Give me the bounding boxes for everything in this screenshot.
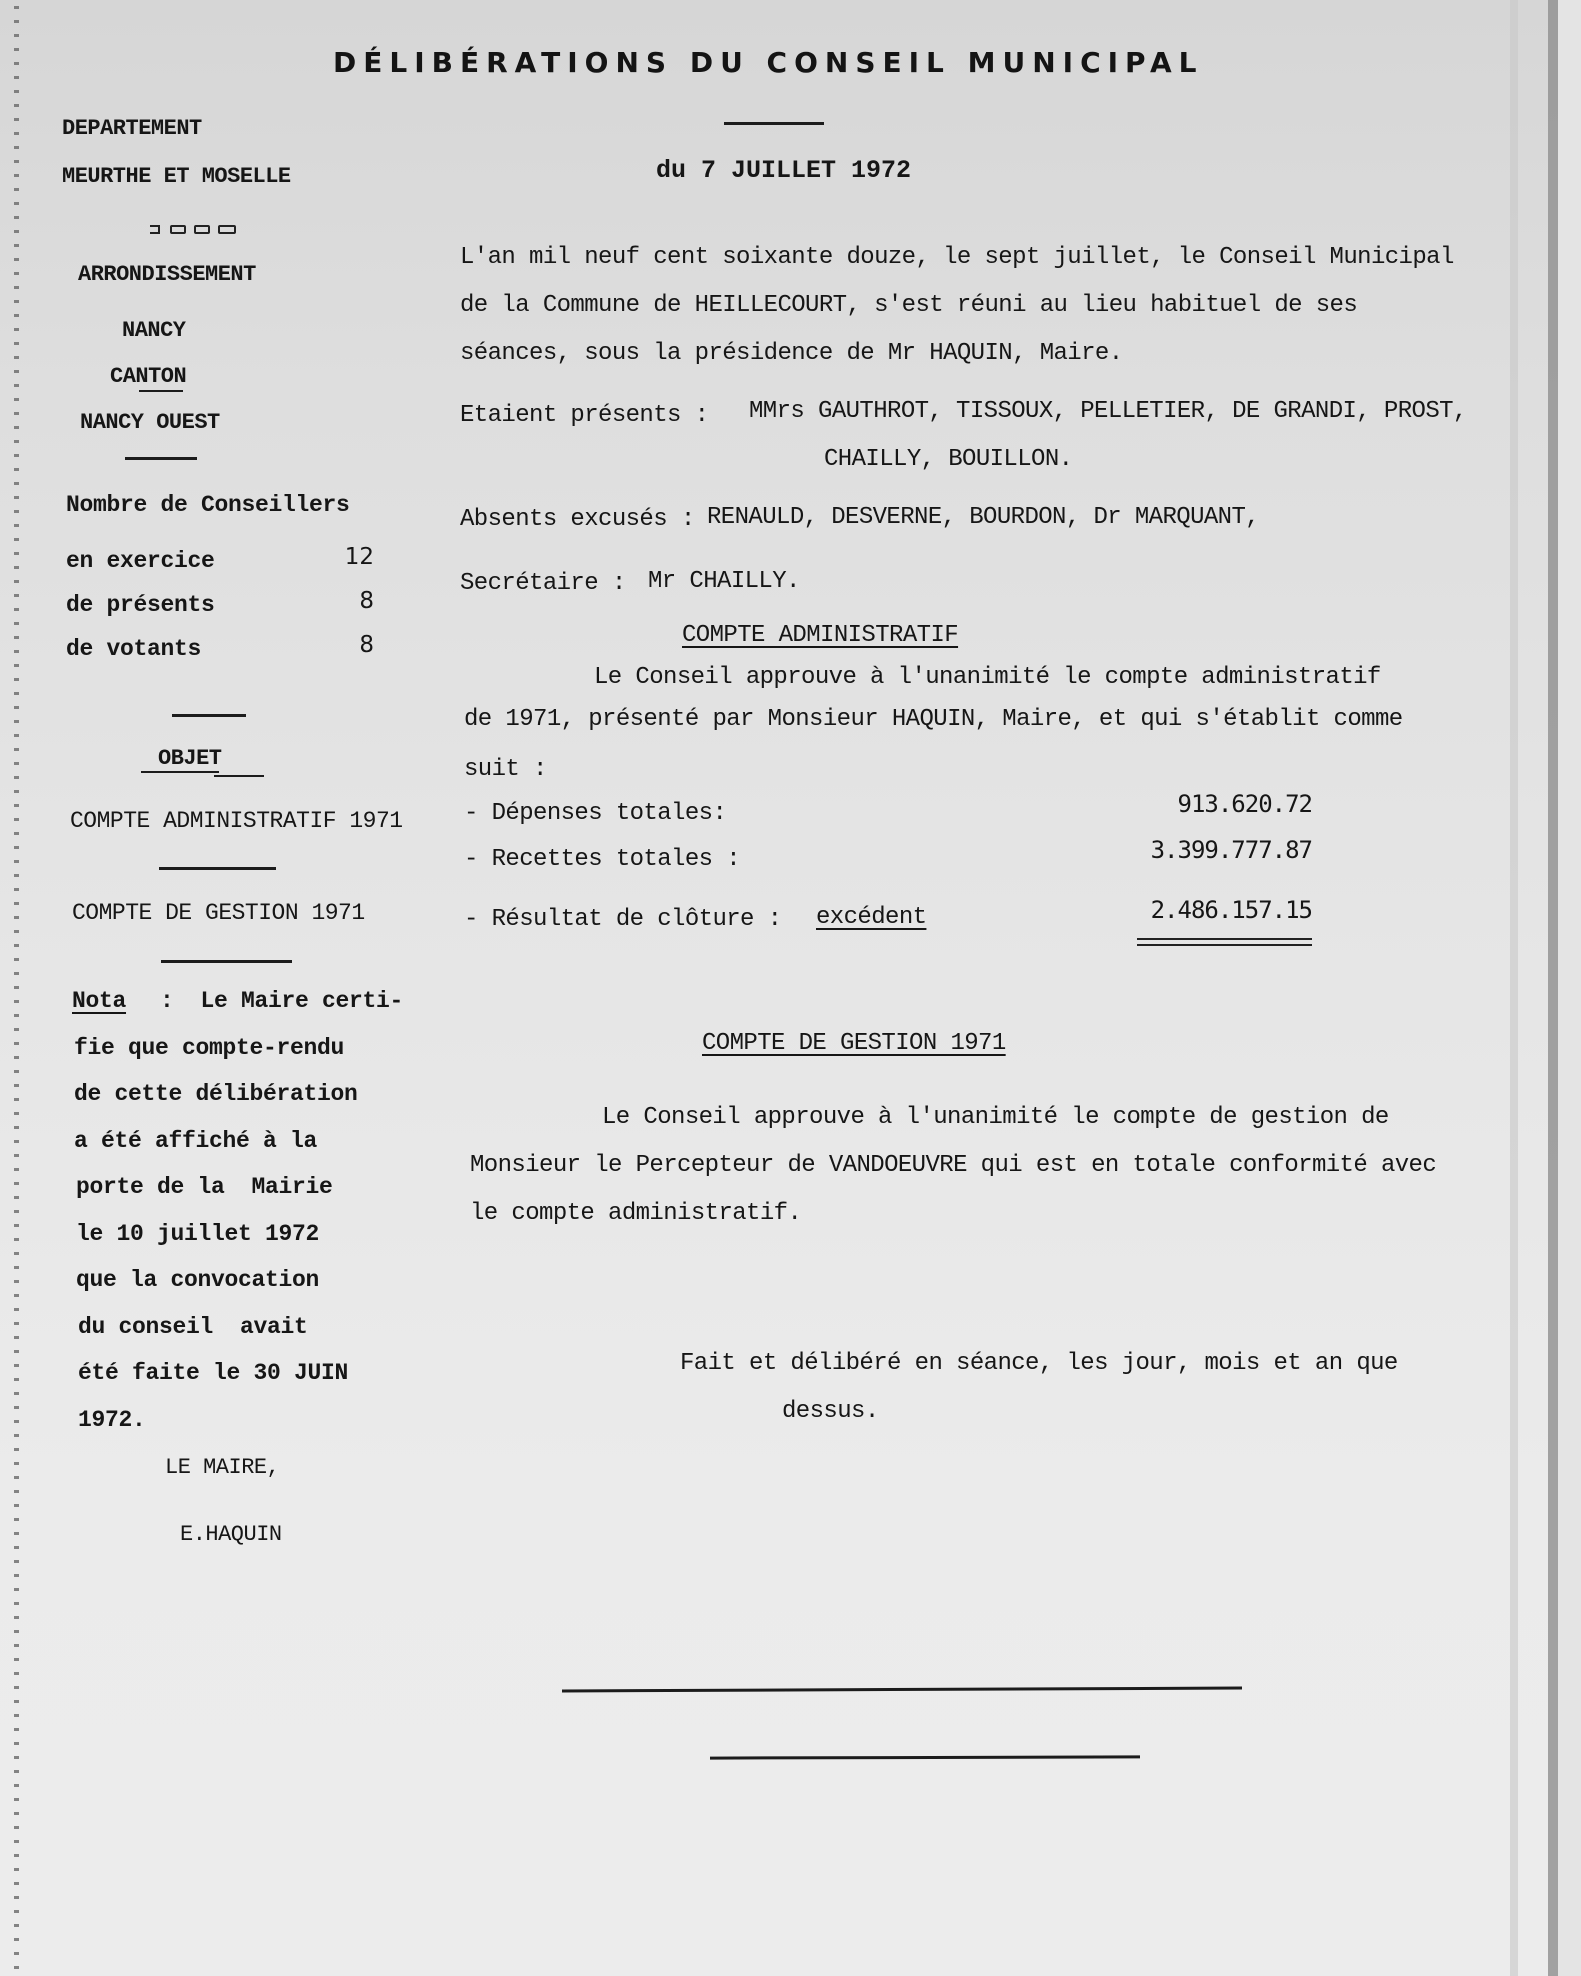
total-double-rule xyxy=(1137,944,1312,946)
objet-label: OBJET xyxy=(158,746,222,771)
nota-line: le 10 juillet 1972 xyxy=(76,1221,319,1247)
departement-value: MEURTHE ET MOSELLE xyxy=(62,164,291,189)
document-title: DÉLIBÉRATIONS DU CONSEIL MUNICIPAL xyxy=(333,46,1204,79)
presents-label: Etaient présents : xyxy=(460,402,708,429)
objet-item: COMPTE DE GESTION 1971 xyxy=(72,900,365,926)
page-edge-shadow xyxy=(1548,0,1558,1976)
closing-rule xyxy=(562,1687,1242,1693)
account-row-label: - Recettes totales : xyxy=(464,846,740,873)
count-label: en exercice xyxy=(66,548,215,574)
document-page: DÉLIBÉRATIONS DU CONSEIL MUNICIPAL du 7 … xyxy=(0,0,1581,1976)
nota-line: a été affiché à la xyxy=(74,1128,317,1154)
objet-underline xyxy=(214,775,264,777)
compte-administratif-heading: COMPTE ADMINISTRATIF xyxy=(682,622,958,649)
perforated-edge xyxy=(10,0,24,1976)
nota-line: 1972. xyxy=(78,1407,146,1433)
intro-line: séances, sous la présidence de Mr HAQUIN… xyxy=(460,340,1123,367)
objet-underline xyxy=(141,771,219,773)
nota-line: fie que compte-rendu xyxy=(74,1035,344,1061)
departement-label: DEPARTEMENT xyxy=(62,116,202,141)
arrondissement-value: NANCY xyxy=(122,318,186,343)
paragraph-line: le compte administratif. xyxy=(470,1200,801,1227)
account-row-amount: 913.620.72 xyxy=(1052,790,1312,818)
closing-line: Fait et délibéré en séance, les jour, mo… xyxy=(680,1350,1398,1377)
signature-name: E.HAQUIN xyxy=(180,1522,282,1547)
count-label: de votants xyxy=(66,636,201,662)
nota-line: du conseil avait xyxy=(78,1314,308,1340)
absents-list: RENAULD, DESVERNE, BOURDON, Dr MARQUANT, xyxy=(707,504,1259,531)
account-row-amount: 3.399.777.87 xyxy=(1052,836,1312,864)
paragraph-line: Le Conseil approuve à l'unanimité le com… xyxy=(602,1104,1389,1131)
sidebar-rule xyxy=(159,867,276,870)
account-row-amount: 2.486.157.15 xyxy=(1052,896,1312,924)
sidebar-rule xyxy=(172,714,246,717)
sidebar-rule xyxy=(161,960,292,963)
presents-list-continued: CHAILLY, BOUILLON. xyxy=(824,446,1072,473)
account-row-label: - Dépenses totales: xyxy=(464,800,726,827)
session-date: du 7 JUILLET 1972 xyxy=(656,156,911,185)
canton-underline xyxy=(139,390,183,392)
count-value: 8 xyxy=(300,588,374,614)
nota-line: de cette délibération xyxy=(74,1081,358,1107)
arrondissement-label: ARRONDISSEMENT xyxy=(78,262,256,287)
sidebar-rule xyxy=(125,457,197,460)
count-value: 12 xyxy=(300,544,374,570)
intro-line: de la Commune de HEILLECOURT, s'est réun… xyxy=(460,292,1357,319)
canton-label: CANTON xyxy=(110,364,186,389)
canton-value: NANCY OUEST xyxy=(80,410,220,435)
compte-gestion-heading: COMPTE DE GESTION 1971 xyxy=(702,1030,1006,1057)
account-row-label: - Résultat de clôture : xyxy=(464,906,781,933)
paragraph-line: Monsieur le Percepteur de VANDOEUVRE qui… xyxy=(470,1152,1436,1179)
paragraph-line: Le Conseil approuve à l'unanimité le com… xyxy=(594,664,1381,691)
count-label: de présents xyxy=(66,592,215,618)
closing-line: dessus. xyxy=(782,1398,879,1425)
title-rule xyxy=(724,122,824,125)
nota-label: Nota xyxy=(72,988,126,1014)
secretaire-label: Secrétaire : xyxy=(460,570,626,597)
page-fold-shadow xyxy=(1510,0,1518,1976)
page-edge xyxy=(1558,0,1581,1976)
paragraph-line: suit : xyxy=(464,756,547,783)
secretaire-value: Mr CHAILLY. xyxy=(648,568,800,595)
ornament-divider xyxy=(150,224,240,232)
signature-title: LE MAIRE, xyxy=(165,1455,279,1480)
closing-rule xyxy=(710,1755,1140,1759)
intro-line: L'an mil neuf cent soixante douze, le se… xyxy=(460,244,1454,271)
conseillers-heading: Nombre de Conseillers xyxy=(66,492,350,518)
absents-label: Absents excusés : xyxy=(460,506,695,533)
nota-line: que la convocation xyxy=(76,1267,319,1293)
nota-line: porte de la Mairie xyxy=(76,1174,333,1200)
paragraph-line: de 1971, présenté par Monsieur HAQUIN, M… xyxy=(464,706,1403,733)
presents-list: MMrs GAUTHROT, TISSOUX, PELLETIER, DE GR… xyxy=(749,398,1467,425)
nota-line: : Le Maire certi- xyxy=(160,988,403,1014)
nota-line: été faite le 30 JUIN xyxy=(78,1360,348,1386)
objet-item: COMPTE ADMINISTRATIF 1971 xyxy=(70,808,403,834)
total-double-rule xyxy=(1137,938,1312,940)
count-value: 8 xyxy=(300,632,374,658)
account-row-qualifier: excédent xyxy=(816,904,926,931)
